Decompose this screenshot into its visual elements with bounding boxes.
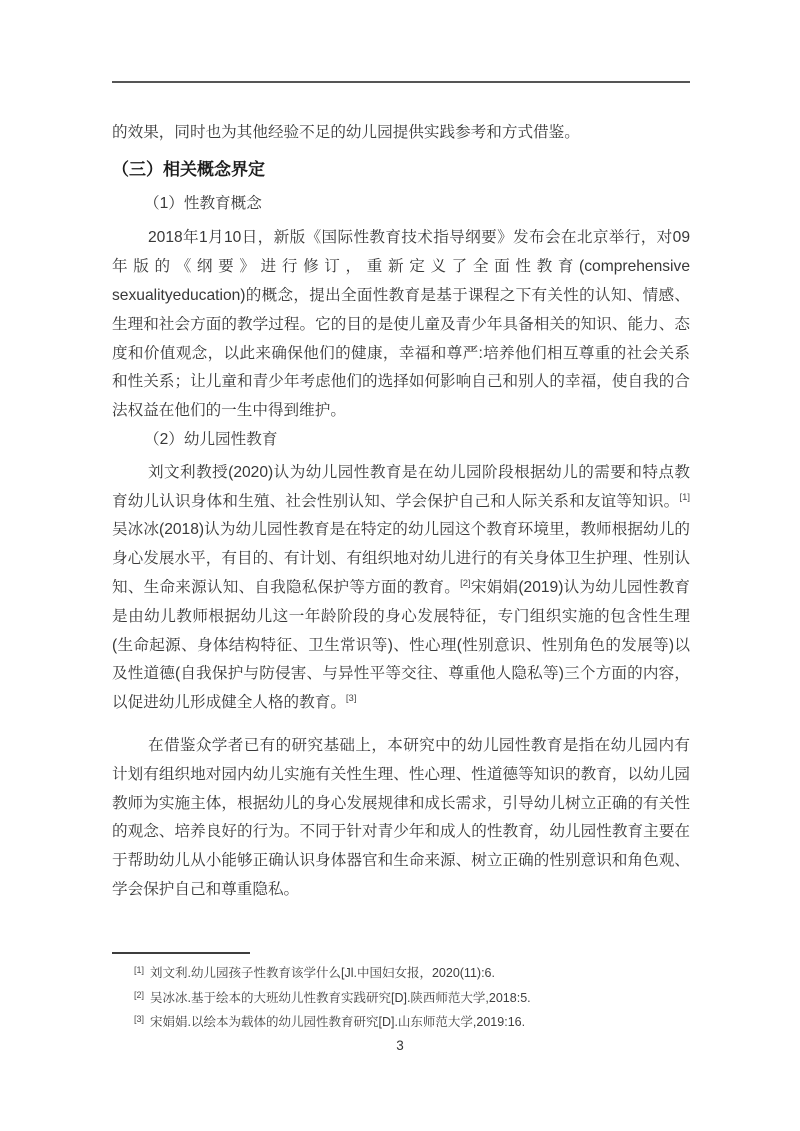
footnotes-section: [1]刘文利.幼儿园孩子性教育该学什么[Jl.中国妇女报，2020(11):6.…: [112, 952, 690, 1035]
paragraph-continuation: 的效果，同时也为其他经验不足的幼儿园提供实践参考和方式借鉴。: [112, 119, 690, 148]
footnote-item: [1]刘文利.幼儿园孩子性教育该学什么[Jl.中国妇女报，2020(11):6.: [112, 961, 690, 986]
page-number: 3: [0, 1038, 800, 1053]
footnote-text: 刘文利.幼儿园孩子性教育该学什么[Jl.中国妇女报，2020(11):6.: [150, 966, 495, 980]
header-rule: [112, 81, 690, 83]
footnote-text: 宋娟娟.以绘本为载体的幼儿园性教育研究[D].山东师范大学,2019:16.: [150, 1015, 525, 1029]
footnote-marker: [2]: [134, 990, 144, 1000]
footnote-item: [3]宋娟娟.以绘本为载体的幼儿园性教育研究[D].山东师范大学,2019:16…: [112, 1010, 690, 1035]
item-heading-sex-education-concept: （1）性教育概念: [112, 190, 690, 219]
paragraph-research-definition: 在借鉴众学者已有的研究基础上，本研究中的幼儿园性教育是指在幼儿园内有计划有组织地…: [112, 732, 690, 905]
page-content: 的效果，同时也为其他经验不足的幼儿园提供实践参考和方式借鉴。 （三）相关概念界定…: [112, 119, 690, 905]
paragraph-segment: 宋娟娟(2019)认为幼儿园性教育是由幼儿教师根据幼儿这一年龄阶段的身心发展特征…: [112, 579, 690, 711]
footnote-item: [2]吴冰冰.基于绘本的大班幼儿性教育实践研究[D].陕西师范大学,2018:5…: [112, 986, 690, 1011]
section-heading: （三）相关概念界定: [112, 156, 690, 185]
footnote-ref-3: [3]: [346, 693, 357, 704]
footnote-marker: [3]: [134, 1014, 144, 1024]
footnote-ref-2: [2]: [460, 578, 471, 589]
item-heading-kindergarten-sex-education: （2）幼儿园性教育: [112, 426, 690, 455]
footnote-marker: [1]: [134, 965, 144, 975]
thesis-page: 的效果，同时也为其他经验不足的幼儿园提供实践参考和方式借鉴。 （三）相关概念界定…: [0, 0, 800, 1131]
footnote-text: 吴冰冰.基于绘本的大班幼儿性教育实践研究[D].陕西师范大学,2018:5.: [150, 991, 531, 1005]
paragraph-sex-education-concept: 2018年1月10日，新版《国际性教育技术指导纲要》发布会在北京举行，对09年版…: [112, 224, 690, 426]
footnote-ref-1: [1]: [679, 492, 690, 503]
paragraph-kindergarten-sex-education: 刘文利教授(2020)认为幼儿园性教育是在幼儿园阶段根据幼儿的需要和特点教育幼儿…: [112, 459, 690, 718]
footnote-separator-rule: [112, 952, 250, 954]
paragraph-segment: 刘文利教授(2020)认为幼儿园性教育是在幼儿园阶段根据幼儿的需要和特点教育幼儿…: [112, 464, 690, 510]
